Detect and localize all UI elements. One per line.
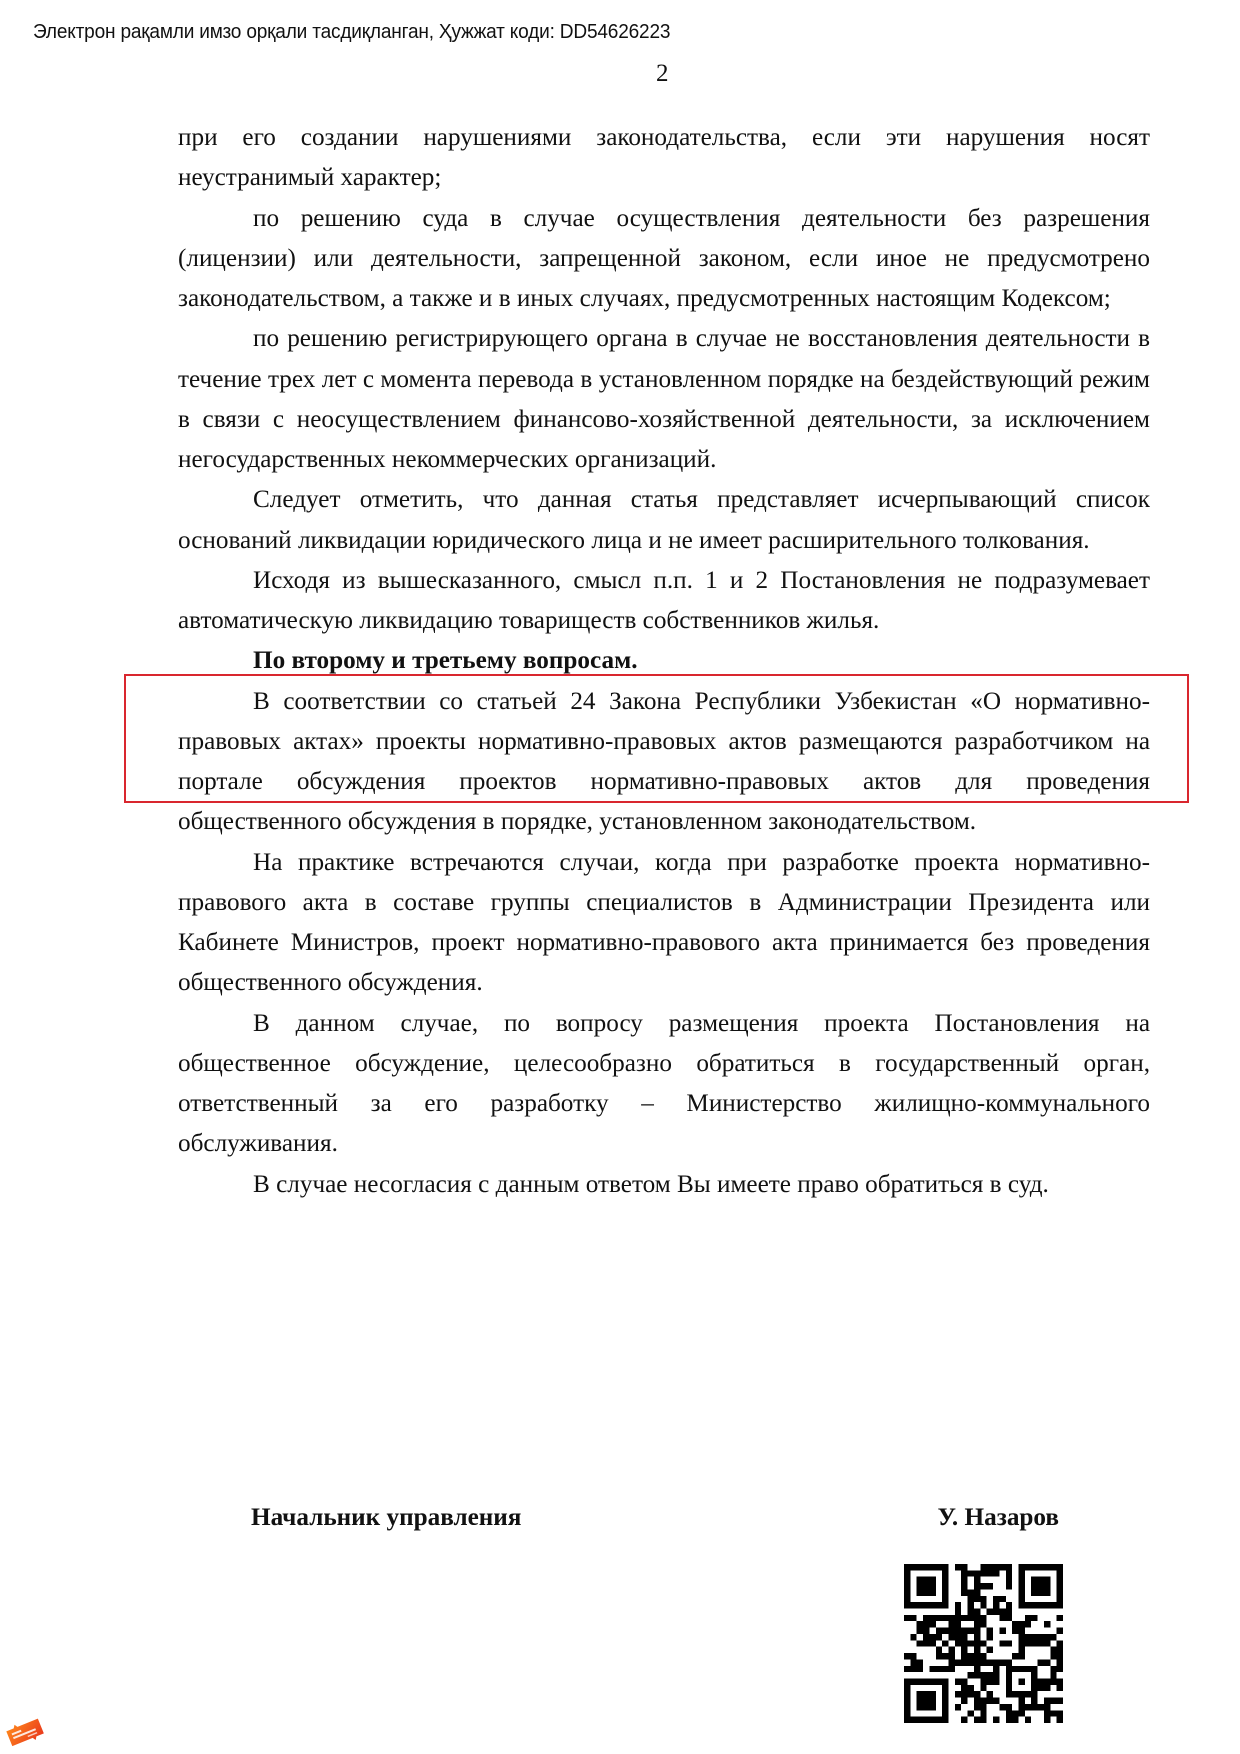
stamp-logo-icon — [4, 1710, 48, 1750]
letter-body: при его создании нарушениями законодател… — [178, 118, 1150, 1205]
page-number: 2 — [656, 60, 669, 88]
qr-code-icon[interactable] — [904, 1564, 1063, 1723]
paragraph: В случае несогласия с данным ответом Вы … — [178, 1165, 1150, 1205]
paragraph: В соответствии со статьей 24 Закона Респ… — [178, 682, 1150, 843]
paragraph: по решению регистрирующего органа в случ… — [178, 319, 1150, 480]
paragraph: по решению суда в случае осуществления д… — [178, 199, 1150, 320]
esign-notice: Электрон рақамли имзо орқали тасдиқланга… — [33, 20, 670, 44]
highlighted-paragraph: Исходя из вышесказанного, смысл п.п. 1 и… — [178, 561, 1150, 642]
paragraph: при его создании нарушениями законодател… — [178, 118, 1150, 199]
paragraph: Следует отметить, что данная статья пред… — [178, 480, 1150, 561]
paragraph: На практике встречаются случаи, когда пр… — [178, 843, 1150, 1004]
paragraph: В данном случае, по вопросу размещения п… — [178, 1004, 1150, 1165]
section-heading: По второму и третьему вопросам. — [178, 641, 1150, 681]
signatory-position: Начальник управления — [251, 1504, 521, 1532]
signatory-name: У. Назаров — [938, 1504, 1059, 1532]
